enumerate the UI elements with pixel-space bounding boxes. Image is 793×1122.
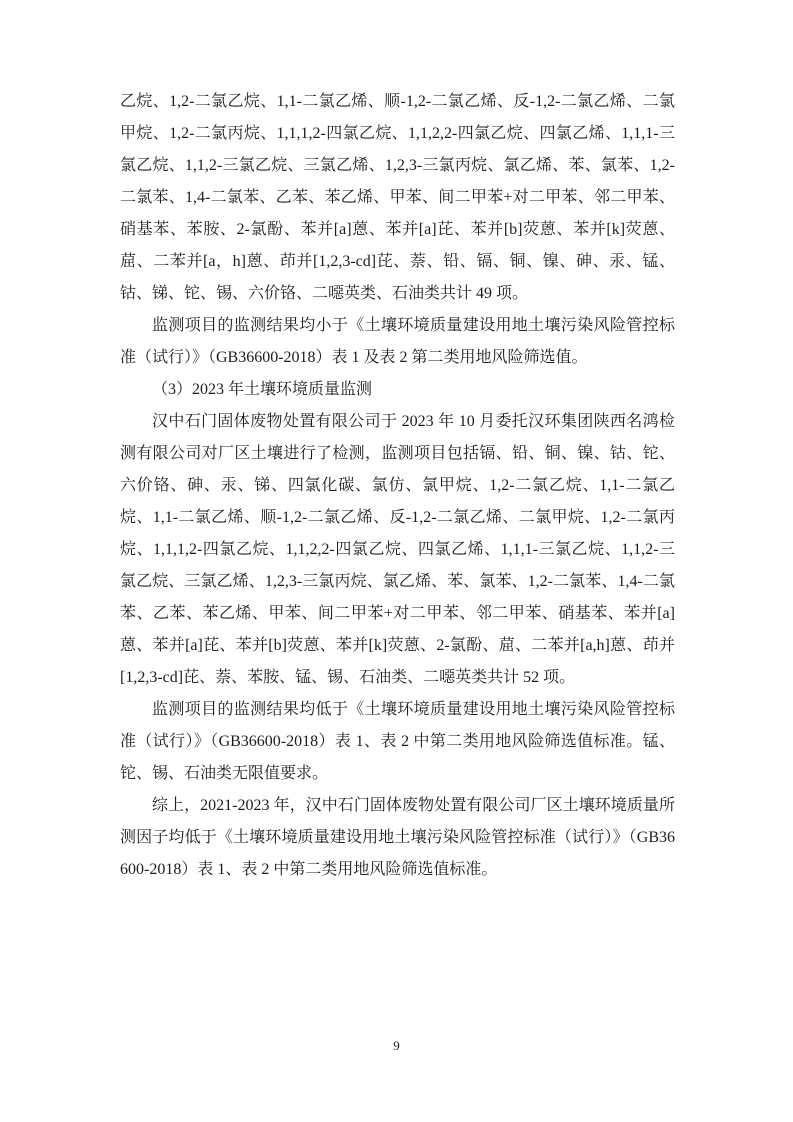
paragraph-2021-result-statement: 监测项目的监测结果均小于《土壤环境质量建设用地土壤污染风险管控标准（试行）》（G… [120,310,675,374]
paragraph-2023-monitoring-52-items: 汉中石门固体废物处置有限公司于 2023 年 10 月委托汉环集团陕西名鸿检测有… [120,406,675,694]
page-number: 9 [0,1038,793,1054]
heading-2023-soil-monitoring: （3）2023 年土壤环境质量监测 [120,374,675,406]
paragraph-2023-result-statement: 监测项目的监测结果均低于《土壤环境质量建设用地土壤污染风险管控标准（试行）》（G… [120,694,675,790]
document-page: 乙烷、1,2-二氯乙烷、1,1-二氯乙烯、顺-1,2-二氯乙烯、反-1,2-二氯… [0,0,793,1122]
paragraph-summary-conclusion: 综上，2021-2023 年，汉中石门固体废物处置有限公司厂区土壤环境质量所测因… [120,790,675,886]
document-body: 乙烷、1,2-二氯乙烷、1,1-二氯乙烯、顺-1,2-二氯乙烯、反-1,2-二氯… [120,86,675,886]
paragraph-continuation-49-items: 乙烷、1,2-二氯乙烷、1,1-二氯乙烯、顺-1,2-二氯乙烯、反-1,2-二氯… [120,86,675,310]
